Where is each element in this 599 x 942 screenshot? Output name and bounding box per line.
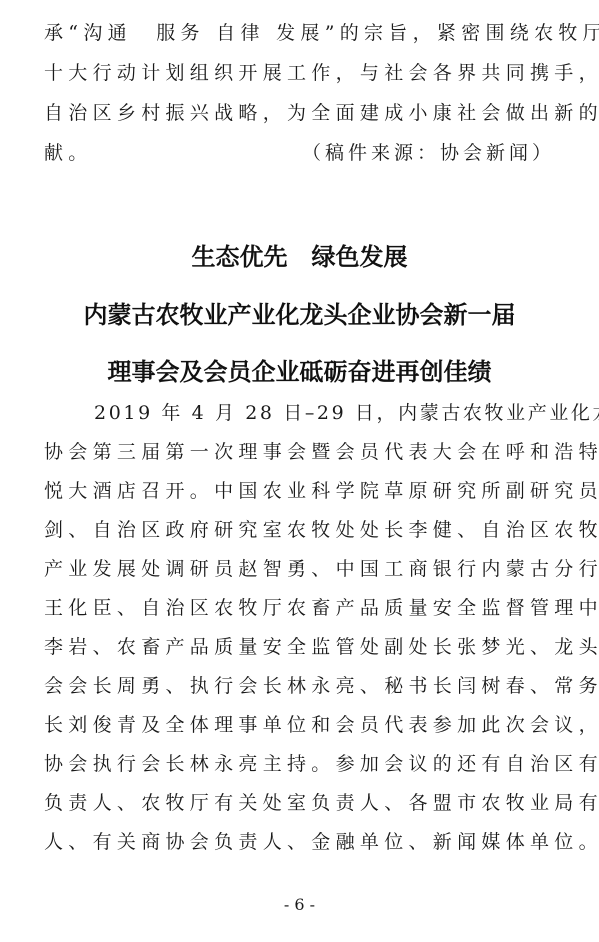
page-number: - 6 - <box>0 893 599 917</box>
body-line: 李岩、农畜产品质量安全监管处副处长张梦光、龙头企业协 <box>44 627 556 667</box>
text-line: 十大行动计划组织开展工作，与社会各界共同携手，为推进 <box>44 53 556 93</box>
body-line: 长刘俊青及全体理事单位和会员代表参加此次会议，会议由 <box>44 705 556 745</box>
article-title-line-3: 理事会及会员企业砥砺奋进再创佳绩 <box>0 352 599 392</box>
article-source: （稿件来源：协会新闻） <box>302 133 555 173</box>
body-line: 会会长周勇、执行会长林永亮、秘书长闫树春、常务副秘书 <box>44 666 556 706</box>
text-line: 承“沟通 服务 自律 发展”的宗旨，紧密围绕农牧厅三年 <box>44 13 556 53</box>
body-line: 2019 年 4 月 28 日–29 日，内蒙古农牧业产业化龙头企业 <box>94 393 556 433</box>
body-line: 协会第三届第一次理事会暨会员代表大会在呼和浩特市宾 <box>44 432 556 472</box>
body-line: 剑、自治区政府研究室农牧处处长李健、自治区农牧厅乡村 <box>44 510 556 550</box>
body-line: 王化臣、自治区农牧厅农畜产品质量安全监督管理中心主任 <box>44 588 556 628</box>
body-line: 人、有关商协会负责人、金融单位、新闻媒体单位。 <box>44 822 556 862</box>
text-line: 自治区乡村振兴战略，为全面建成小康社会做出新的更大贡 <box>44 93 556 133</box>
article-title-line-1: 生态优先 绿色发展 <box>0 237 599 277</box>
body-line: 协会执行会长林永亮主持。参加会议的还有自治区有关部门 <box>44 744 556 784</box>
body-line: 负责人、农牧厅有关处室负责人、各盟市农牧业局有关负责 <box>44 783 556 823</box>
document-page: 承“沟通 服务 自律 发展”的宗旨，紧密围绕农牧厅三年 十大行动计划组织开展工作… <box>0 0 599 942</box>
body-line: 产业发展处调研员赵智勇、中国工商银行内蒙古分行副行长 <box>44 549 556 589</box>
article-title-line-2: 内蒙古农牧业产业化龙头企业协会新一届 <box>0 295 599 335</box>
body-line: 悦大酒店召开。中国农业科学院草原研究所副研究员林克 <box>44 471 556 511</box>
